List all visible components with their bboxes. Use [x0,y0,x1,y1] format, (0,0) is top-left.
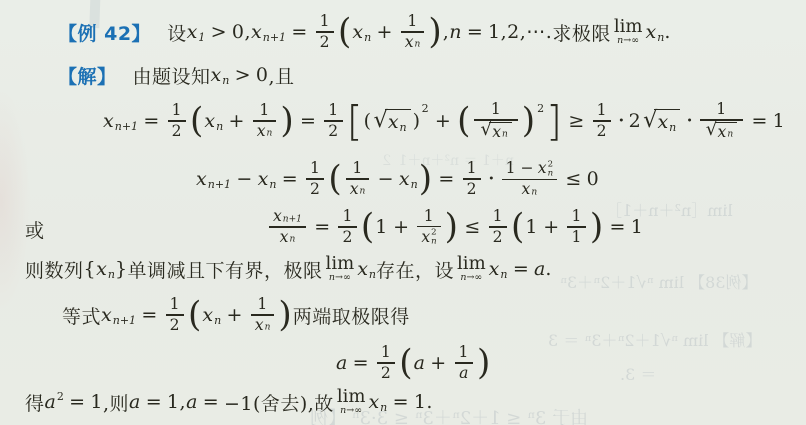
math-text: 1 [328,102,338,119]
math-paren: ( [338,16,351,47]
take-limit-line: 等式 xn+1=12(xn+1xn)两端取极限得 [62,288,410,342]
subscript: n [727,131,733,141]
math-variable: a [414,352,425,374]
radical-sign: √ [643,109,657,131]
textbook-page: 【例38】 lim ⁿ√1＋2ⁿ＋3ⁿ 【解】 lim ⁿ√1＋2ⁿ＋3ⁿ ＝ … [0,0,806,425]
variable-letter: a [186,391,197,413]
denominator: 2 [316,33,334,52]
math-text: . [545,258,552,280]
numerator: 1 [338,207,356,226]
bleedthrough-text: 【例38】 lim ⁿ√1＋2ⁿ＋3ⁿ [560,270,757,293]
math-operator: − [520,160,533,177]
math-variable: xn+1 [196,168,231,190]
math-paren: ) [522,105,535,136]
math-fraction: 12 [316,12,334,51]
denominator: xn [346,180,370,199]
subscript: n [289,236,295,246]
math-fraction: xn+1xn [269,207,306,246]
numerator: 1 [455,343,473,362]
variable-letter: x [211,64,222,86]
numerator: 1 [168,101,186,120]
subscript: n [415,41,421,51]
math-text: 2 [320,34,330,51]
math-operator: = [146,391,162,413]
math-paren: ) [477,347,490,378]
math-variable: a [336,352,347,374]
math-fraction: 1xn [251,295,275,334]
math-superscript: 2 [537,102,544,115]
bleedthrough-text: 【解】 lim ⁿ√1＋2ⁿ＋3ⁿ ＝ 3 [548,328,761,351]
or-word: 或 [25,216,45,243]
denominator: 2 [166,316,184,335]
final-conclusion-line: 得 a2=1,则 a=1,a=−1(舍去),故limn→∞xn=1. [25,382,433,422]
math-operator: = [314,216,330,238]
math-text: 2 [629,110,642,132]
numerator: 1−x2n [502,159,558,179]
variable-letter: x [251,21,262,43]
math-text: 1 [525,216,538,238]
math-variable: xn+1 [101,304,136,326]
math-text: 1 [459,344,469,361]
math-text: 1,2,⋯. [488,21,552,43]
numerator: 1 [306,159,324,178]
math-operator: = [393,391,409,413]
math-sqrt: √xn [643,109,680,133]
variable-letter: x [101,304,112,326]
math-paren: ( [457,105,470,136]
math-sqrt: √xn [706,122,737,141]
math-paren: [ [347,103,363,140]
math-operator: = [141,304,157,326]
subscript: n+1 [113,313,136,326]
math-text: 0 [256,64,269,86]
math-paren: ) [278,299,291,330]
limit-label: lim [337,388,366,407]
fixed-point-math: a=12(a+1a) [336,343,491,382]
math-variable: a2 [45,391,64,413]
math-text: 1 [352,160,362,177]
math-text: 1 [375,216,388,238]
math-operator: • [686,115,692,127]
math-text: 1 [407,13,417,30]
math-text: 得 [25,389,45,416]
variable-letter: x [103,110,114,132]
subscript: n [531,189,537,199]
variable-letter: x [187,21,198,43]
numerator: 1 [255,101,273,120]
variable-letter: x [405,34,414,51]
variable-letter: a [534,258,545,280]
math-fraction: 11 [567,207,585,246]
math-operator: + [229,110,245,132]
denominator: 2 [306,180,324,199]
math-paren: ( [190,105,203,136]
math-text: 1 [167,391,180,413]
limit-label: lim [614,18,643,37]
math-text: 2 [597,123,607,140]
math-operator: = [282,168,298,190]
math-variable: xn [255,317,271,334]
variable-letter: x [258,168,269,190]
math-text: 1 [342,208,352,225]
math-variable: xn [280,229,296,246]
math-variable: xn [718,124,734,141]
sub-sup-stack: 2n [548,161,554,179]
math-variable: xn [646,21,665,43]
math-text: 1 [467,160,477,177]
numerator: 1 [489,207,507,226]
difference-math: xn+1−xn=12(1xn−xn)=12•1−x2nxn≤0 [196,159,599,199]
math-text: 1 [259,102,269,119]
math-operator: = [353,352,369,374]
subscript: n [431,238,437,247]
math-fraction: 1xn [401,12,425,51]
subscript: n+1 [115,119,138,132]
math-variable: xn [257,123,273,140]
math-fraction: 12 [324,101,342,140]
subscript: n [380,400,387,413]
numerator: 1 [593,101,611,120]
radical-sign: √ [480,121,492,139]
formula-line-amgm: xn+1=12(xn+1xn)=12[(√xn)2+(1√xn)2]≥12•2 … [103,90,785,152]
subscript: n+1 [263,30,286,43]
subscript: n [214,313,221,326]
variable-letter: a [129,391,140,413]
numerator: 1 [377,343,395,362]
subscript: n [669,120,676,133]
math-text: 1 [381,344,391,361]
math-text: 1 [172,102,182,119]
subscript: n [502,131,508,141]
subscript: n [411,177,418,190]
variable-letter: x [352,21,363,43]
math-text: 2 [493,229,503,246]
problem-statement-line: 【例 42】 设 x1>0,xn+1=12(xn+1xn),n=1,2,⋯. 求… [58,6,671,58]
variable-letter: x [489,258,500,280]
math-paren: ) [419,163,432,194]
conclusion-math: 得 a2=1,则 a=1,a=−1(舍去),故limn→∞xn=1. [25,388,433,417]
math-fraction: 1√xn [474,100,517,141]
limit-label: lim [457,255,486,274]
math-text: 1 [90,391,103,413]
superscript: 2 [57,390,64,403]
math-variable: xn+1 [273,208,302,225]
subscript: n+1 [283,216,302,226]
limit-under: n→∞ [460,273,482,283]
example-tag: 【例 42】 [58,19,151,46]
math-text: 2 [381,365,391,382]
math-text: −1(舍去),故 [224,389,334,416]
math-paren: ) [590,211,603,242]
denominator: xn [251,316,275,335]
math-operator: = [610,216,626,238]
math-text: 则数列 [25,256,84,283]
math-text: } [115,258,128,280]
math-operator: + [377,21,393,43]
math-text: 设 [167,19,187,46]
monotone-conclusion-line: 则数列{xn} 单调减且下有界，极限limn→∞xn 存在，设limn→∞xn=… [25,250,552,288]
variable-letter: x [357,258,368,280]
math-operator: > [235,64,251,86]
numerator: 1 [487,100,505,119]
variable-letter: a [45,391,56,413]
math-variable: xn+1 [103,110,138,132]
math-operator: ≥ [568,110,584,132]
math-variable: xn [388,111,407,133]
variable-letter: a [336,352,347,374]
math-text: 1 [170,296,180,313]
variable-letter: x [522,181,531,198]
amgm-math: xn+1=12(xn+1xn)=12[(√xn)2+(1√xn)2]≥12•2 … [103,100,785,141]
radicand: xn [715,122,738,141]
math-text: . [664,21,671,43]
math-variable: xn [657,111,676,133]
subscript: n [108,267,115,280]
math-paren: ) [280,105,293,136]
math-fraction: 12 [377,343,395,382]
math-variable: x2n [421,228,436,246]
subscript: 1 [198,30,205,43]
math-text: 1 [491,101,501,118]
ratio-math: xn+1xn=12(1+1x2n)≤12(1+11)=1 [266,207,643,247]
math-text: 1 [571,229,581,246]
math-sqrt: √xn [480,122,511,141]
math-variable: a [129,391,140,413]
math-fraction: 1√xn [700,100,743,141]
numerator: 1 [348,159,366,178]
variable-letter: x [538,160,547,177]
math-fraction: 12 [306,159,324,198]
radicand: xn [654,109,680,133]
math-limit: limn→∞ [326,255,355,284]
math-variable: xn [258,168,277,190]
variable-letter: x [255,317,264,334]
limit-under: n→∞ [340,406,362,416]
denominator: 2 [324,122,342,141]
math-variable: xn [96,258,115,280]
subscript: n [265,324,271,334]
denominator: xn [518,180,542,199]
math-operator: = [203,391,219,413]
math-text: 1 [424,208,434,225]
math-fraction: 1x2n [417,207,440,247]
variable-letter: x [646,21,657,43]
math-fraction: 1xn [253,101,277,140]
math-variable: xn [489,258,508,280]
monotone-math: 则数列{xn} 单调减且下有界，极限limn→∞xn 存在，设limn→∞xn=… [25,255,552,284]
math-variable: a [534,258,545,280]
math-operator: = [438,168,454,190]
math-variable: xn [399,168,418,190]
math-text: 1 [310,160,320,177]
math-text: 等式 [62,302,101,329]
math-text: ) [413,110,421,132]
denominator: 2 [377,364,395,383]
math-fraction: 1a [455,343,473,382]
math-operator: = [69,391,85,413]
math-text: { [84,258,97,280]
variable-letter: x [388,111,399,133]
math-variable: x1 [187,21,206,43]
math-fraction: 1xn [346,159,370,198]
math-operator: > [211,21,227,43]
denominator: 2 [338,228,356,247]
take-limit-math: 等式 xn+1=12(xn+1xn)两端取极限得 [62,295,410,334]
subscript: n+1 [208,177,231,190]
math-variable: xn [211,64,230,86]
math-text: 1 [257,296,267,313]
math-text: 1 [320,13,330,30]
math-text: 1 [597,102,607,119]
math-fraction: 12 [338,207,356,246]
math-fraction: 1−x2nxn [502,159,558,199]
math-text: 求极限 [552,19,611,46]
denominator: √xn [700,121,743,142]
math-variable: a [186,391,197,413]
subscript: n [269,177,276,190]
denominator: 2 [463,180,481,199]
solution-tag: 【解】 [58,62,117,89]
denominator: 2 [168,122,186,141]
subscript: n [222,73,229,86]
math-paren: ( [328,163,341,194]
math-variable: xn [350,181,366,198]
math-text: 0 [587,168,600,190]
variable-letter: x [273,208,282,225]
math-text: 1 [506,160,516,177]
math-operator: + [435,110,451,132]
subscript: n [360,188,366,198]
subscript: n [364,30,371,43]
math-variable: xn [492,124,508,141]
math-operator: ≤ [565,168,581,190]
radicand: xn [489,122,512,141]
variable-letter: x [492,124,501,141]
denominator: 1 [567,228,585,247]
math-text: 1 [716,101,726,118]
radical-sign: √ [374,109,388,131]
math-paren: ( [511,211,524,242]
math-paren: ) [428,16,441,47]
math-text: 1 [493,208,503,225]
numerator: 1 [324,101,342,120]
radicand: xn [385,109,411,133]
denominator: √xn [474,121,517,142]
math-operator: = [143,110,159,132]
math-fraction: 12 [593,101,611,140]
variable-letter: x [96,258,107,280]
denominator: a [455,364,472,383]
subscript: n [216,119,223,132]
denominator: 2 [489,228,507,247]
math-variable: xn [405,34,421,51]
solution-intro-math: 由题设知 xn>0,且 [133,62,295,89]
variable-letter: x [204,110,215,132]
subscript: n [657,30,664,43]
math-limit: limn→∞ [457,255,486,284]
subscript: n [369,267,376,280]
math-fraction: 12 [489,207,507,246]
math-operator: + [543,216,559,238]
limit-under: n→∞ [617,36,639,46]
denominator: x2n [417,227,440,247]
numerator: 1 [253,295,271,314]
math-sqrt: √xn [374,109,411,133]
math-text: 2 [467,181,477,198]
formula-line-ratio: xn+1xn=12(1+1x2n)≤12(1+11)=1 [266,198,643,256]
numerator: 1 [463,159,481,178]
math-paren: ) [445,211,458,242]
math-text: 1 [631,216,644,238]
variable-letter: x [196,168,207,190]
math-operator: + [393,216,409,238]
math-operator: = [751,110,767,132]
sub-sup-stack: 2n [431,229,437,247]
math-text: 0 [232,21,245,43]
math-fraction: 12 [166,295,184,334]
variable-letter: a [414,352,425,374]
math-variable: xn [204,110,223,132]
subscript: n [500,267,507,280]
math-variable: xn+1 [251,21,286,43]
solution-intro-line: 【解】 由题设知 xn>0,且 [58,58,295,92]
math-variable: n [449,21,461,43]
math-superscript: 2 [422,102,429,115]
math-text: 2 [170,317,180,334]
denominator: xn [401,33,425,52]
variable-letter: x [718,124,727,141]
math-operator: = [467,21,483,43]
subscript: n [267,130,273,140]
math-variable: xn [368,391,387,413]
numerator: 1 [567,207,585,226]
math-paren: ] [546,103,562,140]
math-text: 存在，设 [376,256,454,283]
math-text: 2 [310,181,320,198]
numerator: 1 [403,12,421,31]
numerator: 1 [166,295,184,314]
math-text: 由题设知 [133,62,211,89]
math-text: 1. [414,391,433,413]
denominator: xn [253,122,277,141]
math-operator: • [488,173,494,185]
math-text: 1 [773,110,786,132]
problem-statement-math: 设 x1>0,xn+1=12(xn+1xn),n=1,2,⋯. 求极限limn→… [167,12,671,51]
variable-letter: a [459,365,468,382]
variable-letter: x [657,111,668,133]
or-word-line: 或 [25,212,45,246]
math-operator: = [291,21,307,43]
denominator: xn [276,228,300,247]
math-text: 两端取极限得 [293,302,410,329]
math-fraction: 12 [168,101,186,140]
variable-letter: x [368,391,379,413]
limit-label: lim [326,255,355,274]
bleedthrough-text: ＝ 3. [620,362,656,385]
math-paren: ( [361,211,374,242]
math-variable: xn [522,181,538,198]
math-paren: ( [399,347,412,378]
math-paren: ( [188,299,201,330]
math-operator: • [618,115,624,127]
math-text: 2 [328,123,338,140]
variable-letter: x [399,168,410,190]
math-operator: + [227,304,243,326]
denominator: 2 [593,122,611,141]
math-limit: limn→∞ [614,18,643,47]
math-text: 1 [571,208,581,225]
math-text: 单调减且下有界，极限 [128,256,323,283]
